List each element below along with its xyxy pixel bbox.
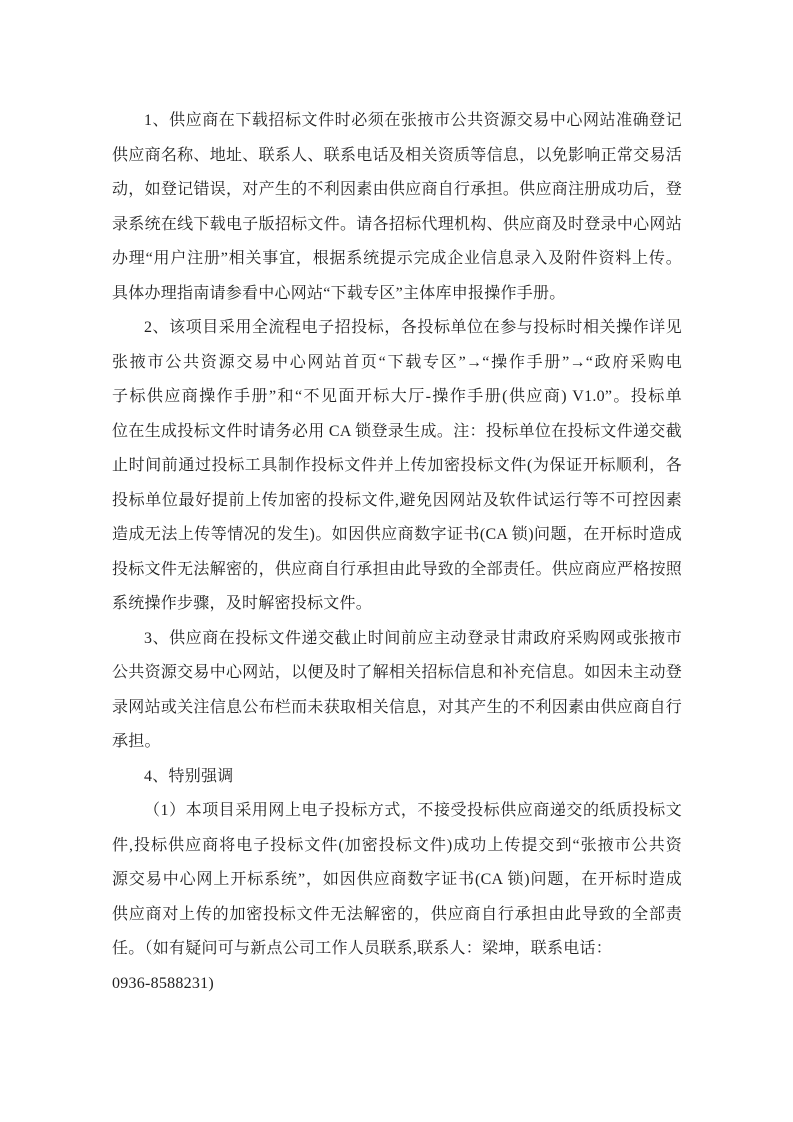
text-line: 投标单位最好提前上传加密的投标文件,避免因网站及软件试运行等不可控因素 <box>112 484 682 519</box>
text-line: 录网站或关注信息公布栏而未获取相关信息，对其产生的不利因素由供应商自行 <box>112 691 682 726</box>
text-line: 供应商名称、地址、联系人、联系电话及相关资质等信息，以免影响正常交易活 <box>112 139 682 174</box>
text-line: 承担。 <box>112 725 682 760</box>
text-line: 办理“用户注册”相关事宜，根据系统提示完成企业信息录入及附件资料上传。 <box>112 242 682 277</box>
text-line: 公共资源交易中心网站，以便及时了解相关招标信息和补充信息。如因未主动登 <box>112 656 682 691</box>
text-line: 源交易中心网上开标系统”，如因供应商数字证书(CA 锁)问题，在开标时造成 <box>112 863 682 898</box>
text-line: （1）本项目采用网上电子投标方式，不接受投标供应商递交的纸质投标文 <box>112 794 682 829</box>
text-line: 位在生成投标文件时请务必用 CA 锁登录生成。注：投标单位在投标文件递交截 <box>112 415 682 450</box>
text-line: 具体办理指南请参看中心网站“下载专区”主体库申报操作手册。 <box>112 277 682 312</box>
text-line: 0936-8588231) <box>112 967 682 1002</box>
text-line: 系统操作步骤，及时解密投标文件。 <box>112 587 682 622</box>
text-line: 录系统在线下载电子版招标文件。请各招标代理机构、供应商及时登录中心网站 <box>112 208 682 243</box>
text-line: 供应商对上传的加密投标文件无法解密的，供应商自行承担由此导致的全部责 <box>112 898 682 933</box>
text-line: 2、该项目采用全流程电子招投标，各投标单位在参与投标时相关操作详见 <box>112 311 682 346</box>
text-line: 张掖市公共资源交易中心网站首页“下载专区”→“操作手册”→“政府采购电 <box>112 346 682 381</box>
text-line: 1、供应商在下载招标文件时必须在张掖市公共资源交易中心网站准确登记 <box>112 104 682 139</box>
text-line: 任。（如有疑问可与新点公司工作人员联系,联系人：梁坤，联系电话： <box>112 932 682 967</box>
text-line: 投标文件无法解密的，供应商自行承担由此导致的全部责任。供应商应严格按照 <box>112 553 682 588</box>
text-line: 造成无法上传等情况的发生)。如因供应商数字证书(CA 锁)问题，在开标时造成 <box>112 518 682 553</box>
text-line: 止时间前通过投标工具制作投标文件并上传加密投标文件(为保证开标顺利，各 <box>112 449 682 484</box>
document-page: 1、供应商在下载招标文件时必须在张掖市公共资源交易中心网站准确登记供应商名称、地… <box>0 0 793 1122</box>
document-content: 1、供应商在下载招标文件时必须在张掖市公共资源交易中心网站准确登记供应商名称、地… <box>112 104 682 1001</box>
text-line: 4、特别强调 <box>112 760 682 795</box>
text-line: 件,投标供应商将电子投标文件(加密投标文件)成功上传提交到“张掖市公共资 <box>112 829 682 864</box>
text-line: 动，如登记错误，对产生的不利因素由供应商自行承担。供应商注册成功后，登 <box>112 173 682 208</box>
text-line: 子标供应商操作手册”和“不见面开标大厅-操作手册(供应商) V1.0”。投标单 <box>112 380 682 415</box>
text-line: 3、供应商在投标文件递交截止时间前应主动登录甘肃政府采购网或张掖市 <box>112 622 682 657</box>
